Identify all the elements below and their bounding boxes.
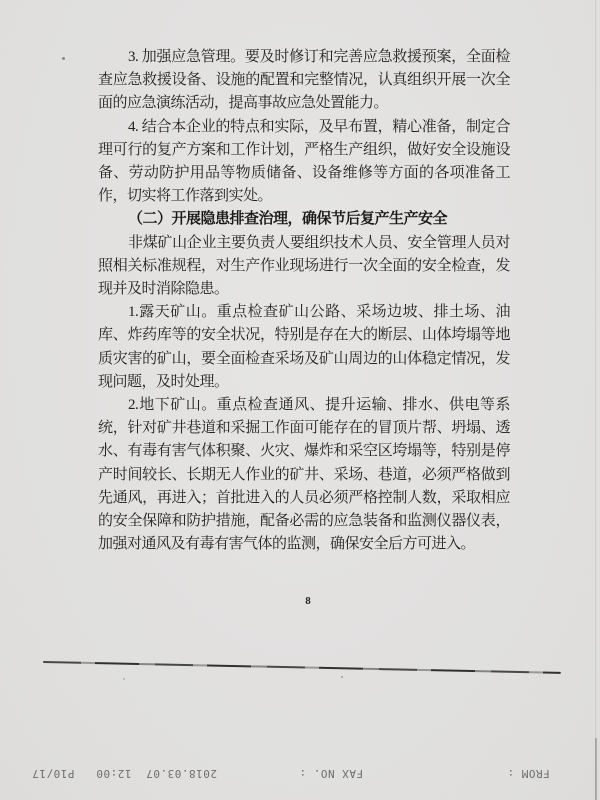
fax-from-label: FROM :	[507, 767, 550, 780]
scan-right-edge	[595, 0, 596, 800]
document-body: 3. 加强应急管理。要及时修订和完善应急救援预案，全面检查应急救援设备、设施的配…	[98, 46, 510, 556]
scan-speck	[341, 676, 343, 678]
paragraph-inspection-intro: 非煤矿山企业主要负责人要组织技术人员、安全管理人员对照相关标准规程，对生产作业现…	[98, 232, 510, 302]
paragraph-open-pit-mines: 1.露天矿山。重点检查矿山公路、采场边坡、排土场、油库、炸药库等的安全状况，特别…	[98, 301, 510, 394]
scan-speck	[62, 57, 65, 60]
scan-right-edge-shadow	[595, 738, 597, 800]
scanned-fax-page: 3. 加强应急管理。要及时修订和完善应急救援预案，全面检查应急救援设备、设施的配…	[0, 0, 600, 800]
paragraph-underground-mines: 2.地下矿山。重点检查通风、提升运输、排水、供电等系统，针对矿井巷道和采掘工作面…	[98, 394, 510, 556]
paragraph-emergency-management: 3. 加强应急管理。要及时修订和完善应急救援预案，全面检查应急救援设备、设施的配…	[98, 46, 510, 116]
page-number: 8	[301, 595, 315, 607]
scan-speck	[123, 678, 125, 680]
section-heading: （二）开展隐患排查治理，确保节后复产生产安全	[98, 208, 510, 231]
fax-timestamp: 2018.03.07 12:00 P10/17	[52, 767, 217, 780]
fax-number-label: FAX NO. :	[299, 767, 363, 780]
paragraph-resumption-plan: 4. 结合本企业的特点和实际，及早布置，精心准备，制定合理可行的复产方案和工作计…	[98, 116, 510, 209]
footer-divider-line	[43, 661, 561, 674]
